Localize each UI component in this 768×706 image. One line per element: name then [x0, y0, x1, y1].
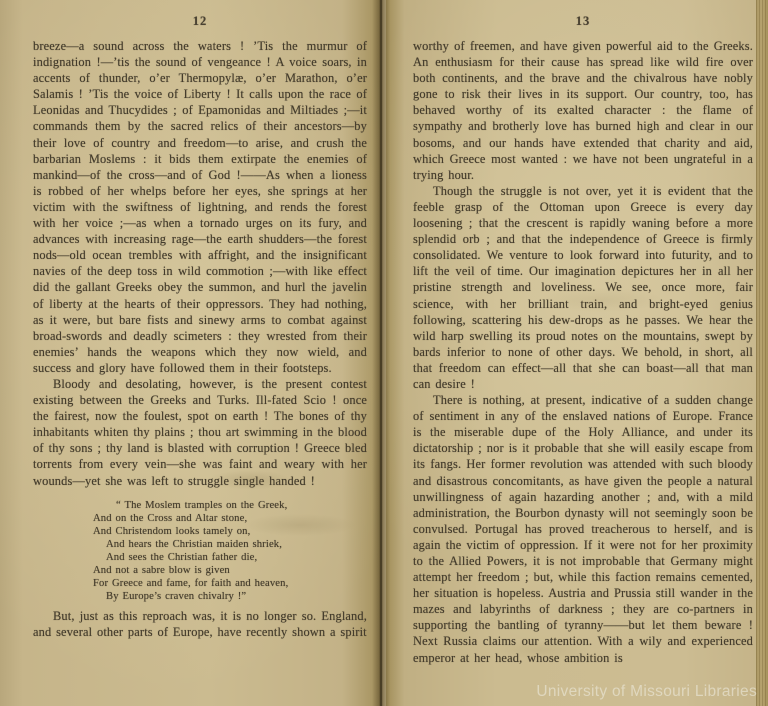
right-page-number: 13: [413, 14, 753, 29]
page-edge-stack: [756, 0, 768, 706]
poem-line: “ The Moslem tramples on the Greek,: [93, 499, 367, 512]
left-page-closing-paragraph: But, just as this reproach was, it is no…: [33, 608, 367, 640]
poem-line: And sees the Christian father die,: [93, 551, 367, 564]
paragraph: breeze—a sound across the waters ! ’Tis …: [33, 38, 367, 376]
book-spine-gutter: [372, 0, 390, 706]
left-page-text-block: 12 breeze—a sound across the waters ! ’T…: [33, 14, 367, 641]
poem-quote: “ The Moslem tramples on the Greek,And o…: [93, 499, 367, 604]
paragraph: worthy of freemen, and have given powerf…: [413, 38, 753, 183]
poem-line: And on the Cross and Altar stone,: [93, 512, 367, 525]
paragraph: Bloody and desolating, however, is the p…: [33, 376, 367, 489]
right-page-text-block: 13 worthy of freemen, and have given pow…: [413, 14, 753, 666]
poem-line: And hears the Christian maiden shriek,: [93, 538, 367, 551]
right-page-paragraphs: worthy of freemen, and have given powerf…: [413, 38, 753, 666]
poem-line: By Europe’s craven chivalry !”: [93, 590, 367, 603]
paragraph: But, just as this reproach was, it is no…: [33, 608, 367, 640]
poem-line: And not a sabre blow is given: [93, 564, 367, 577]
left-page-paragraphs: breeze—a sound across the waters ! ’Tis …: [33, 38, 367, 489]
book-page-right: 13 worthy of freemen, and have given pow…: [386, 0, 756, 706]
left-page-number: 12: [33, 14, 367, 29]
poem-line: For Greece and fame, for faith and heave…: [93, 577, 367, 590]
library-watermark: University of Missouri Libraries: [536, 683, 757, 701]
book-page-left: 12 breeze—a sound across the waters ! ’T…: [0, 0, 380, 706]
paragraph: Though the struggle is not over, yet it …: [413, 183, 753, 392]
paragraph: There is nothing, at present, indicative…: [413, 392, 753, 666]
poem-line: And Christendom looks tamely on,: [93, 525, 367, 538]
scanned-book-spread: { "watermark": { "text": "University of …: [0, 0, 768, 706]
